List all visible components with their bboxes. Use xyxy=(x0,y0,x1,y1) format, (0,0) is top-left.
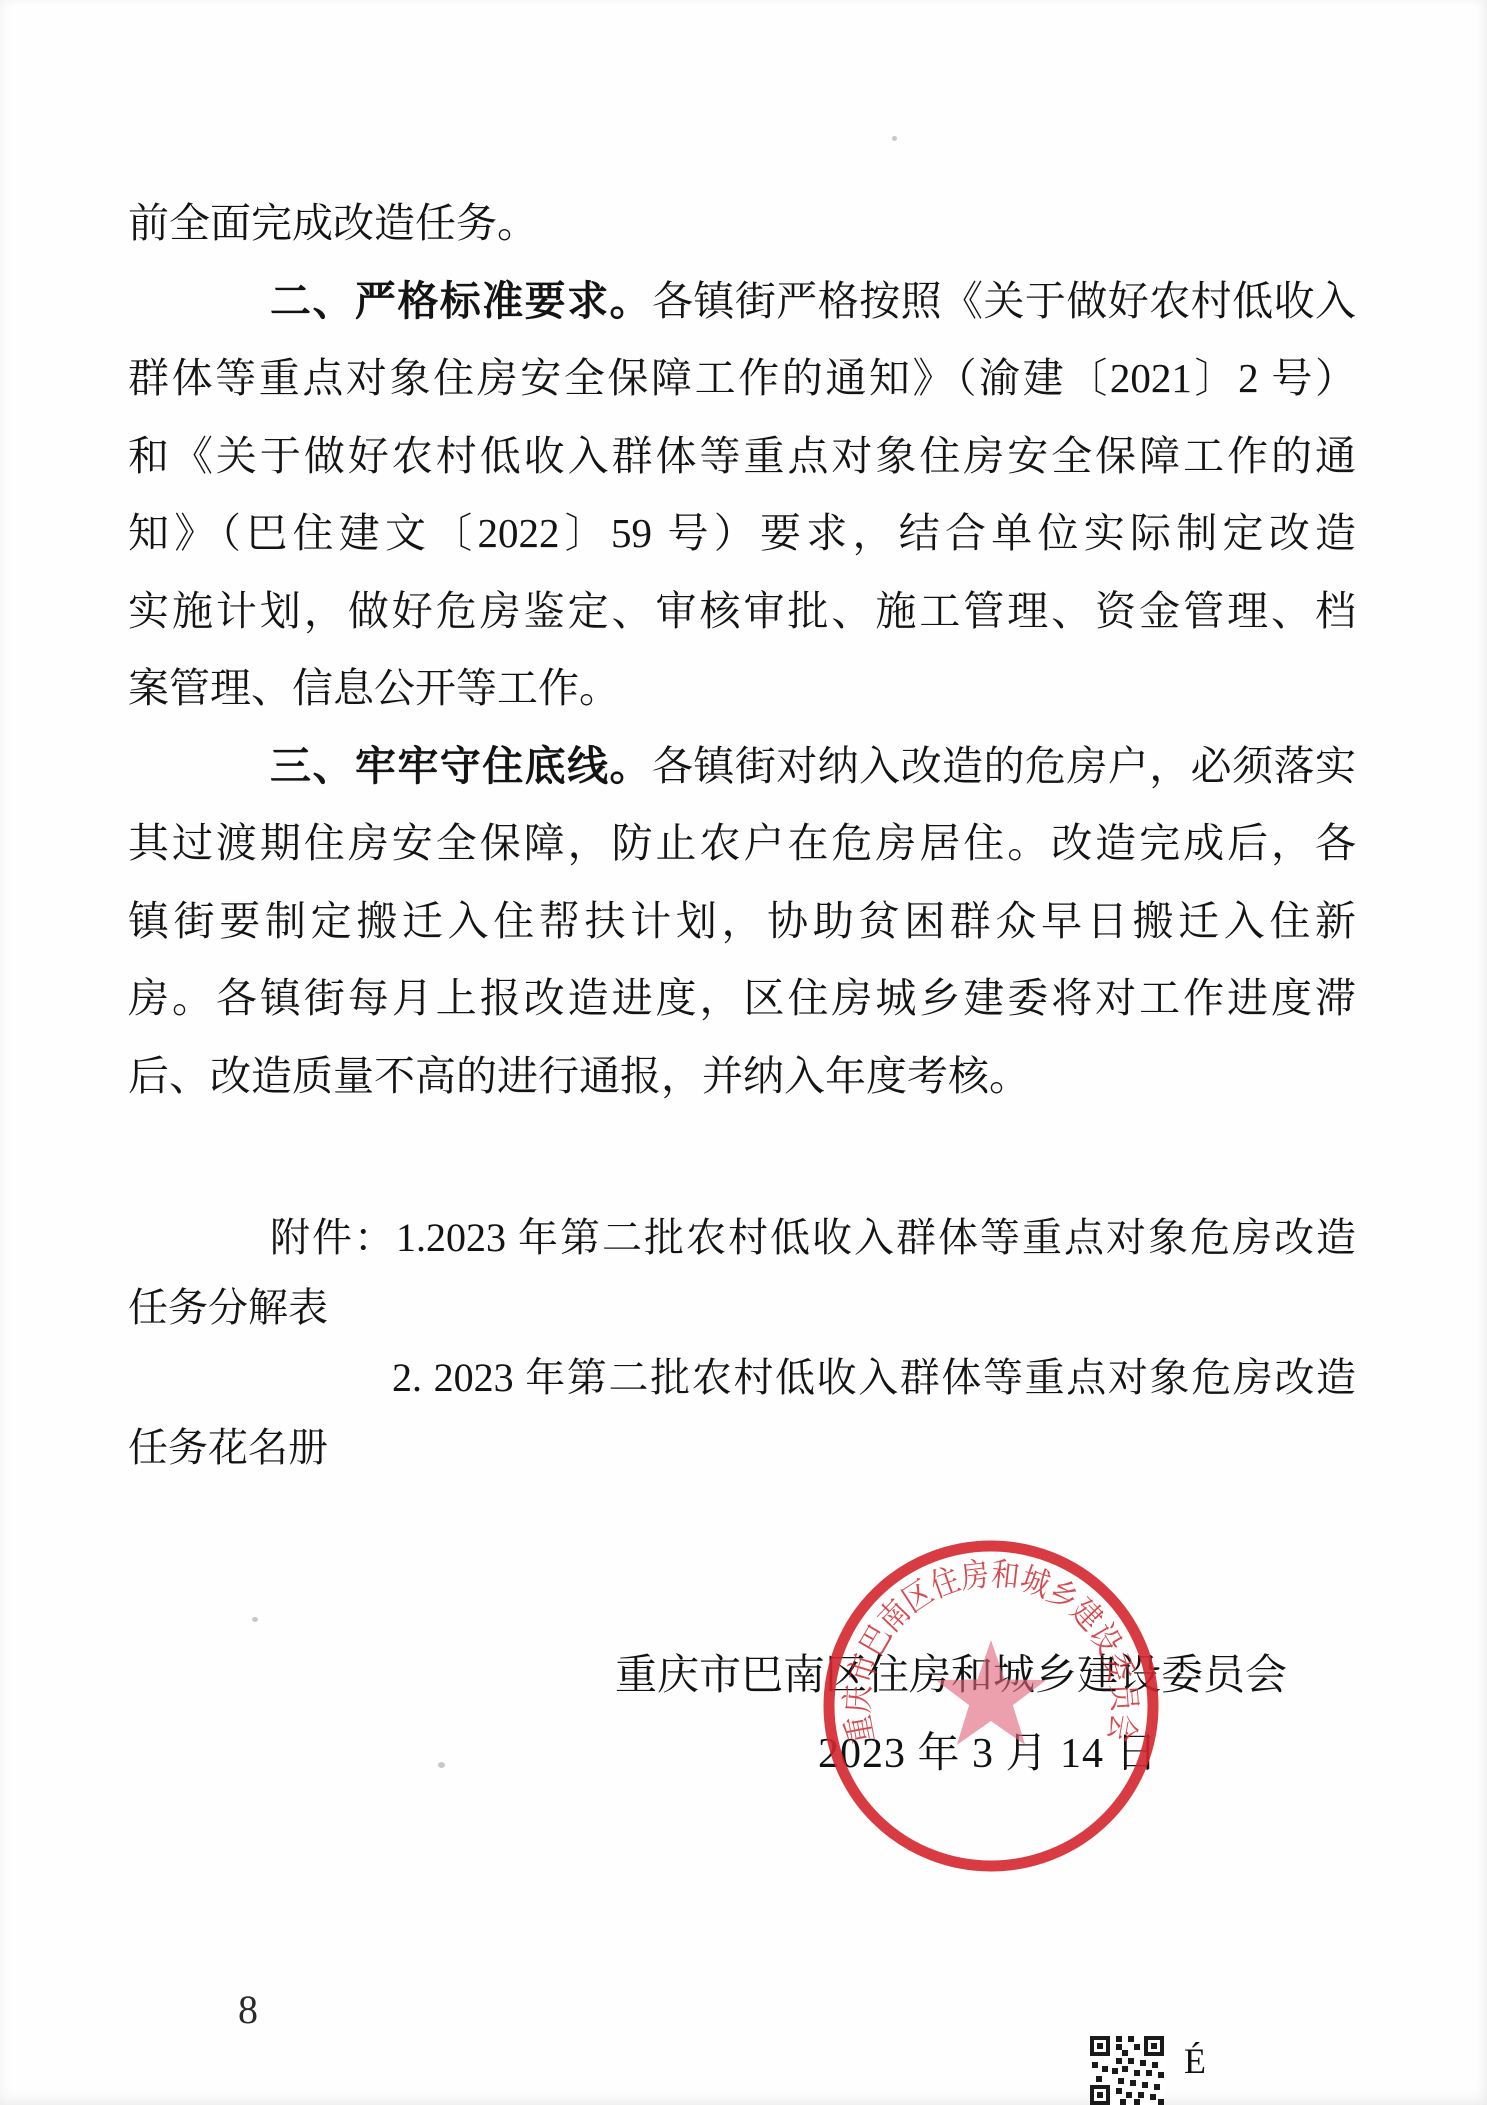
body-line: 实施计划，做好危房鉴定、审核审批、施工管理、资金管理、档 xyxy=(128,573,1356,651)
body-line: 二、严格标准要求。各镇街严格按照《关于做好农村低收入 xyxy=(128,263,1356,341)
body-line-text: 其过渡期住房安全保障，防止农户在危房居住。改造完成后，各 xyxy=(128,820,1356,866)
section-heading: 二、严格标准要求。 xyxy=(270,277,652,325)
body-line-text: 后、改造质量不高的进行通报，并纳入年度考核。 xyxy=(128,1053,1030,1099)
body-line-text: 各镇街严格按照《关于做好农村低收入 xyxy=(652,278,1356,324)
footer-mark: É xyxy=(1184,2040,1206,2082)
body-line: 知》（巴住建文〔2022〕59 号）要求，结合单位实际制定改造 xyxy=(128,495,1356,573)
body-line: 三、牢牢守住底线。各镇街对纳入改造的危房户，必须落实 xyxy=(128,728,1356,806)
attachment-line: 附件：1.2023 年第二批农村低收入群体等重点对象危房改造 xyxy=(270,1206,1356,1270)
body-line: 案管理、信息公开等工作。 xyxy=(128,650,1356,728)
section-heading: 三、牢牢守住底线。 xyxy=(270,742,652,790)
body-line-text: 镇街要制定搬迁入住帮扶计划，协助贫困群众早日搬迁入住新 xyxy=(128,898,1356,944)
scan-speck xyxy=(438,1762,445,1768)
body-line: 群体等重点对象住房安全保障工作的通知》（渝建〔2021〕2 号） xyxy=(128,340,1356,418)
scan-speck xyxy=(892,136,897,141)
signature-date: 2023 年 3 月 14 日 xyxy=(818,1720,1159,1780)
body-line: 镇街要制定搬迁入住帮扶计划，协助贫困群众早日搬迁入住新 xyxy=(128,883,1356,961)
body-line: 房。各镇街每月上报改造进度，区住房城乡建委将对工作进度滞 xyxy=(128,960,1356,1038)
official-seal: 重庆市巴南区住房和城乡建设委员会 xyxy=(801,1516,1181,1896)
body-line: 和《关于做好农村低收入群体等重点对象住房安全保障工作的通 xyxy=(128,418,1356,496)
attachment-line: 2. 2023 年第二批农村低收入群体等重点对象危房改造 xyxy=(392,1346,1356,1410)
body-line: 其过渡期住房安全保障，防止农户在危房居住。改造完成后，各 xyxy=(128,805,1356,883)
document-body: 前全面完成改造任务。 二、严格标准要求。各镇街严格按照《关于做好农村低收入 群体… xyxy=(128,185,1356,1115)
seal-ring xyxy=(829,1546,1153,1866)
scan-speck xyxy=(252,1617,258,1622)
attachment-line: 任务分解表 xyxy=(128,1276,328,1340)
document-page: 前全面完成改造任务。 二、严格标准要求。各镇街严格按照《关于做好农村低收入 群体… xyxy=(0,0,1487,2105)
body-line: 后、改造质量不高的进行通报，并纳入年度考核。 xyxy=(128,1038,1356,1116)
page-number: 8 xyxy=(238,1986,258,2033)
body-line-text: 房。各镇街每月上报改造进度，区住房城乡建委将对工作进度滞 xyxy=(128,975,1356,1021)
qr-code xyxy=(1090,2036,1164,2105)
body-line-text: 各镇街对纳入改造的危房户，必须落实 xyxy=(652,743,1356,789)
body-line-text: 知》（巴住建文〔2022〕59 号）要求，结合单位实际制定改造 xyxy=(128,510,1356,556)
body-line: 前全面完成改造任务。 xyxy=(128,185,1356,263)
body-line-text: 前全面完成改造任务。 xyxy=(128,200,538,246)
signature-organization: 重庆市巴南区住房和城乡建设委员会 xyxy=(615,1642,1287,1702)
body-line-text: 案管理、信息公开等工作。 xyxy=(128,665,620,711)
body-line-text: 和《关于做好农村低收入群体等重点对象住房安全保障工作的通 xyxy=(128,433,1356,479)
body-line-text: 实施计划，做好危房鉴定、审核审批、施工管理、资金管理、档 xyxy=(128,588,1356,634)
attachment-line: 任务花名册 xyxy=(128,1416,328,1480)
body-line-text: 群体等重点对象住房安全保障工作的通知》（渝建〔2021〕2 号） xyxy=(128,355,1356,401)
